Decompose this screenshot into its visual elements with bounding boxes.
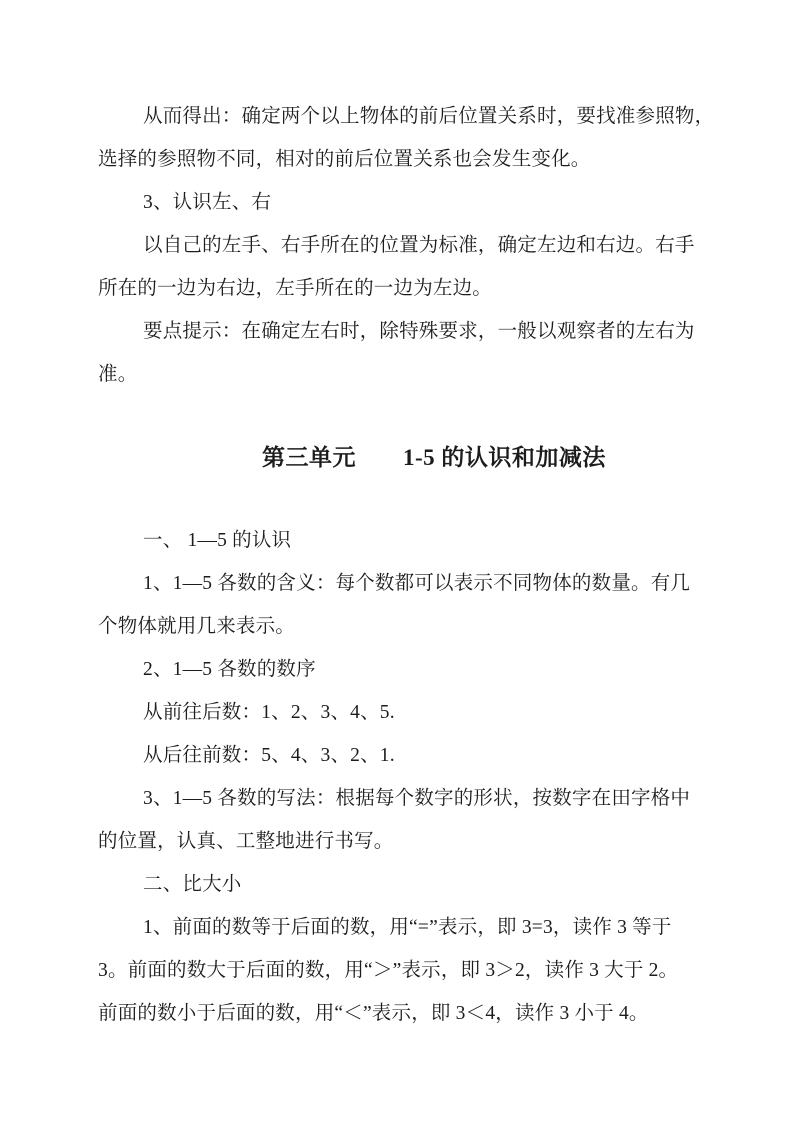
text-line: 3、1—5 各数的写法：根据每个数字的形状，按数字在田字格中 (98, 777, 703, 820)
text-line: 1、前面的数等于后面的数，用“=”表示，即 3=3，读作 3 等于 (98, 906, 703, 949)
text-line: 1、1—5 各数的含义：每个数都可以表示不同物体的数量。有几 (98, 562, 703, 605)
text-line: 2、1—5 各数的数序 (98, 648, 703, 691)
text-line: 从后往前数：5、4、3、2、1. (98, 734, 703, 777)
section-heading: 第三单元 1-5 的认识和加减法 (98, 436, 703, 479)
text-line: 准。 (98, 353, 703, 396)
text-line: 以自己的左手、右手所在的位置为标准，确定左边和右边。右手 (98, 224, 703, 267)
text-line: 从前往后数：1、2、3、4、5. (98, 691, 703, 734)
text-line: 前面的数小于后面的数，用“＜”表示，即 3＜4，读作 3 小于 4。 (98, 992, 703, 1035)
text-line: 3。前面的数大于后面的数，用“＞”表示，即 3＞2，读作 3 大于 2。 (98, 949, 703, 992)
text-line: 从而得出：确定两个以上物体的前后位置关系时，要找准参照物， (98, 95, 703, 138)
text-line: 3、认识左、右 (98, 181, 703, 224)
text-line: 一、 1—5 的认识 (98, 519, 703, 562)
text-line: 二、比大小 (98, 863, 703, 906)
document-content: 从而得出：确定两个以上物体的前后位置关系时，要找准参照物，选择的参照物不同，相对… (98, 95, 703, 1035)
text-line: 的位置，认真、工整地进行书写。 (98, 820, 703, 863)
document-page: 从而得出：确定两个以上物体的前后位置关系时，要找准参照物，选择的参照物不同，相对… (0, 0, 793, 1122)
text-line: 个物体就用几来表示。 (98, 605, 703, 648)
text-line: 选择的参照物不同，相对的前后位置关系也会发生变化。 (98, 138, 703, 181)
text-line: 所在的一边为右边，左手所在的一边为左边。 (98, 267, 703, 310)
text-line: 要点提示：在确定左右时，除特殊要求，一般以观察者的左右为 (98, 310, 703, 353)
